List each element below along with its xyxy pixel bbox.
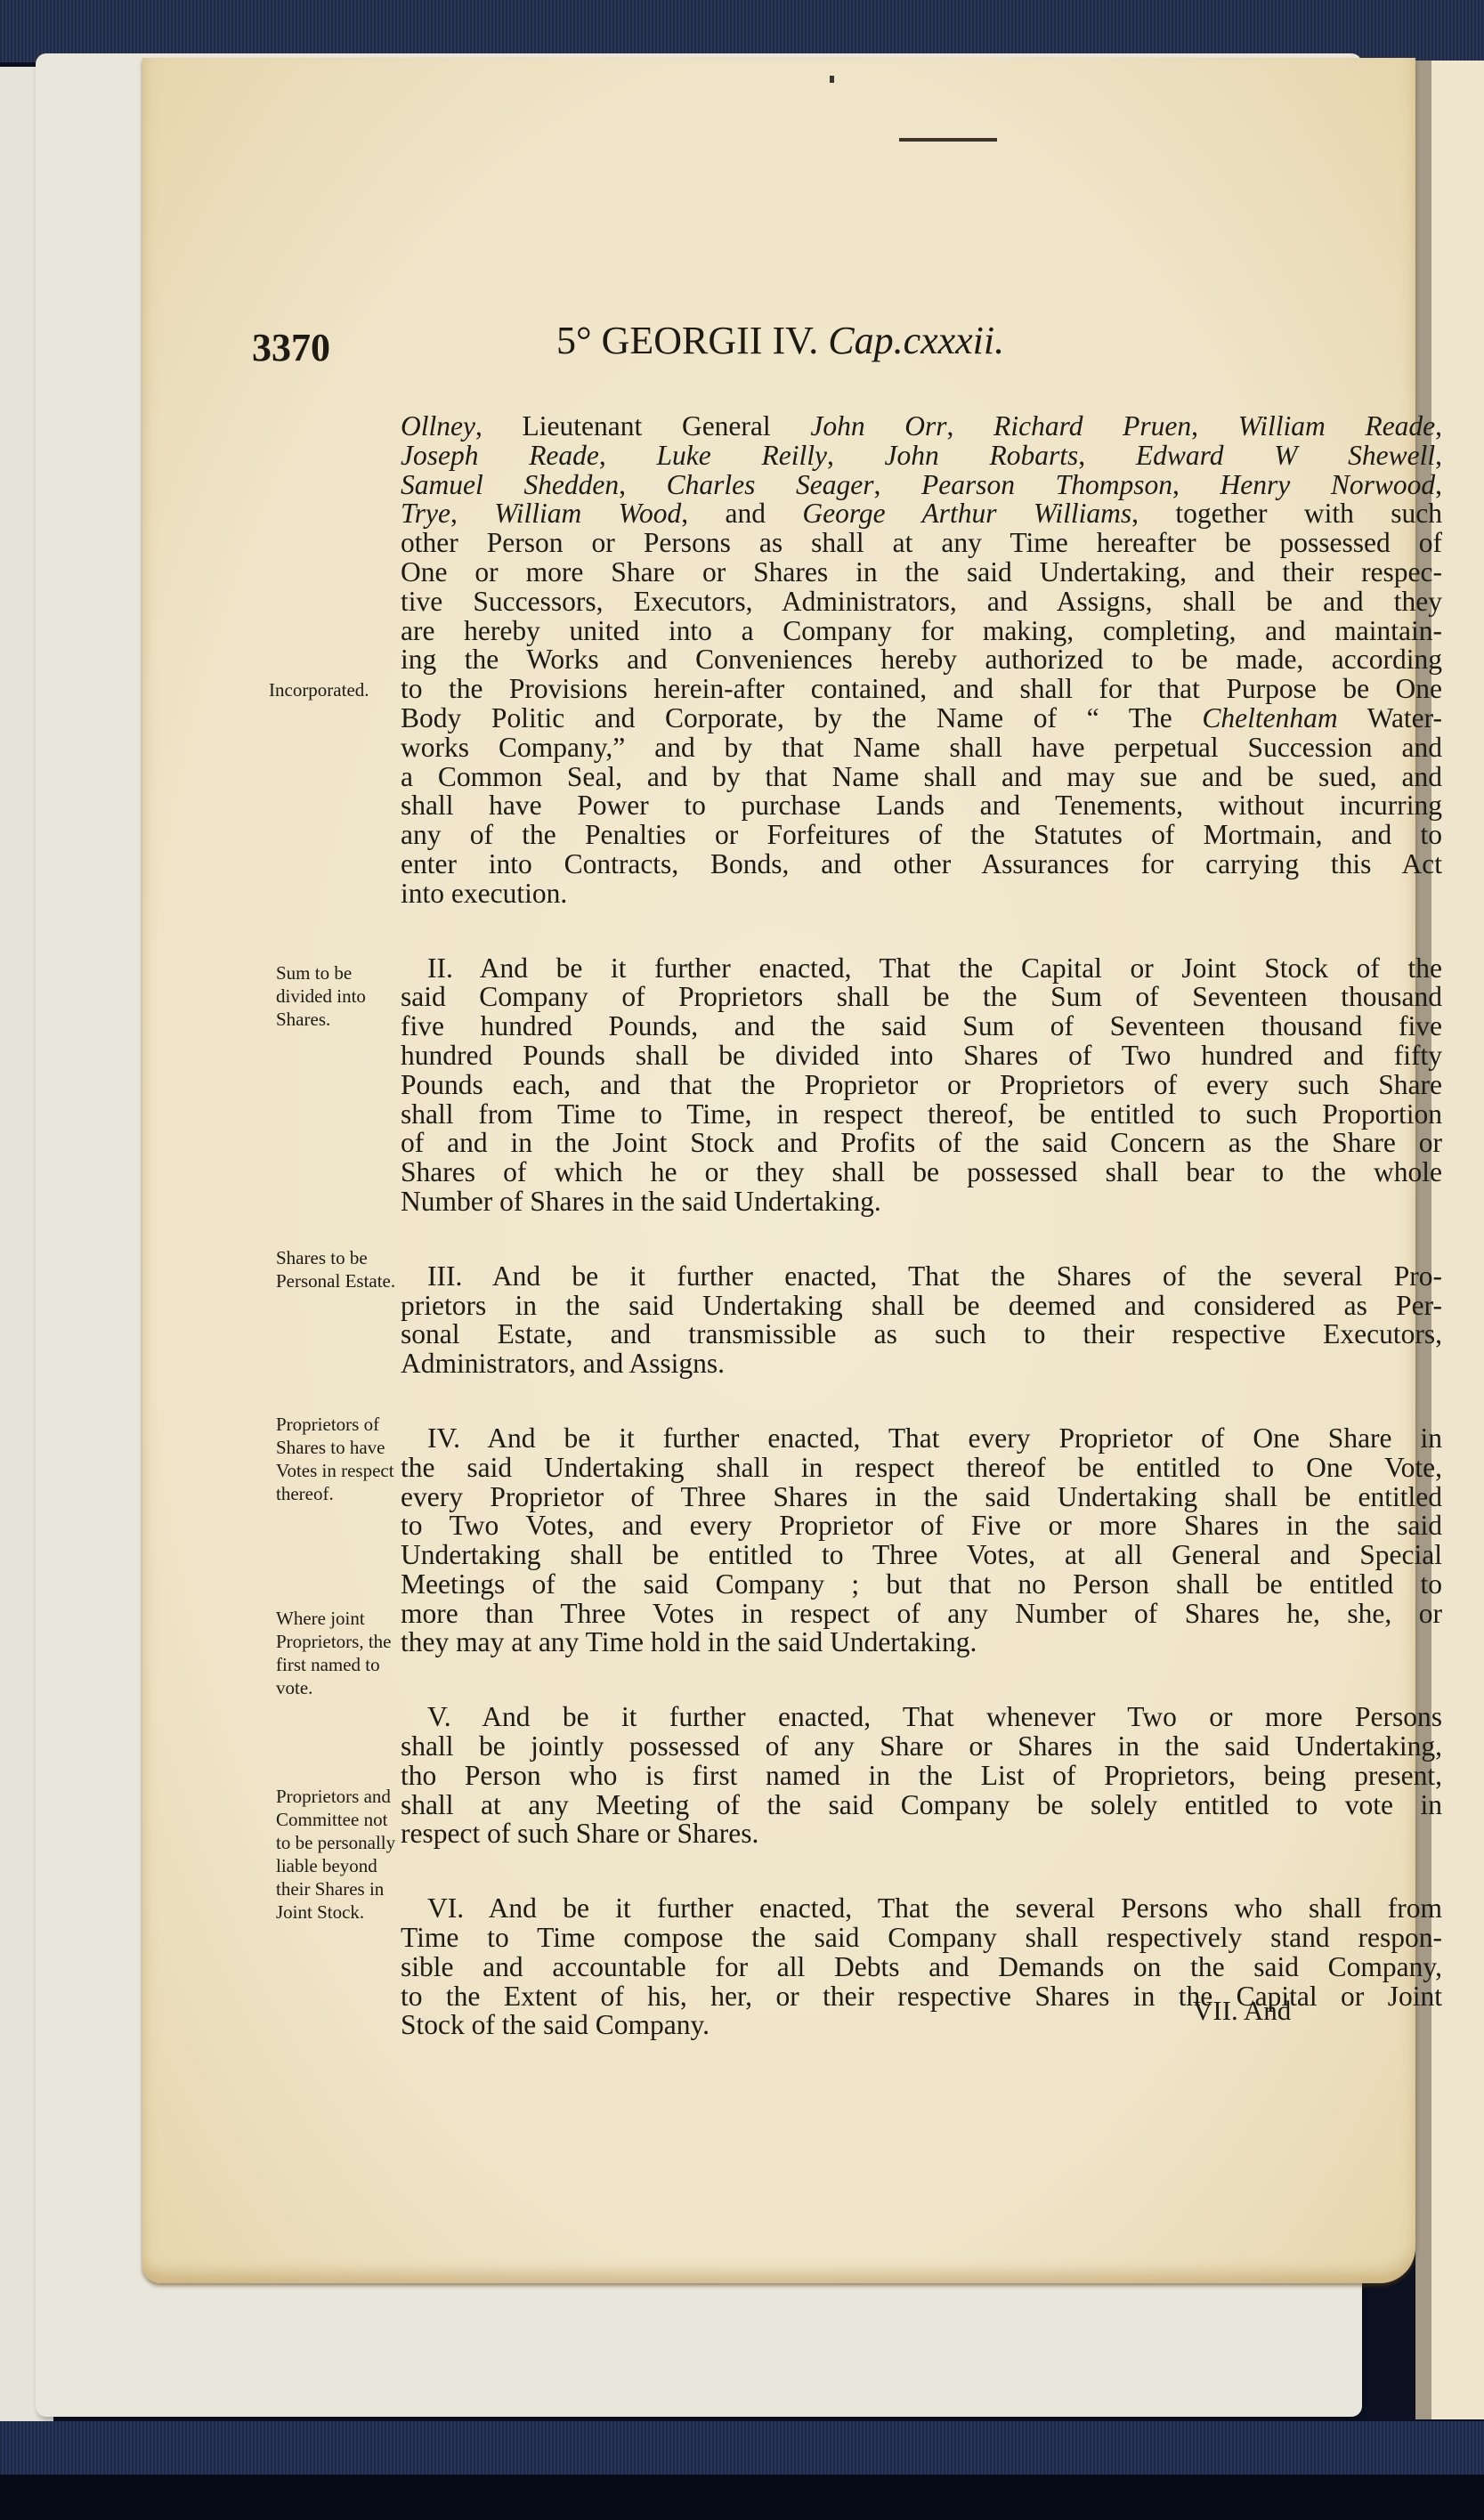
document-page: 3370 5° GEORGII IV. Cap.cxxxii. Incorpor… <box>142 58 1415 2283</box>
text-line: enter into Contracts, Bonds, and other A… <box>401 850 1442 879</box>
text-line: IV. And be it further enacted, That ever… <box>401 1424 1442 1454</box>
text-line: are hereby united into a Company for mak… <box>401 617 1442 646</box>
text-line: of and in the Joint Stock and Profits of… <box>401 1129 1442 1158</box>
margin-note-incorporated: Incorporated. <box>269 678 402 701</box>
text-line: One or more Share or Shares in the said … <box>401 558 1442 587</box>
text-line: VI. And be it further enacted, That the … <box>401 1894 1442 1924</box>
margin-note-section-iv: Proprietors of Shares to have Votes in r… <box>276 1413 401 1505</box>
text-line: any of the Penalties or Forfeitures of t… <box>401 821 1442 850</box>
chapter-number: Cap.cxxxii. <box>828 319 1004 362</box>
page-number: 3370 <box>252 325 330 370</box>
text-line: tive Successors, Executors, Administrato… <box>401 587 1442 617</box>
text-line: Samuel Shedden, Charles Seager, Pearson … <box>401 471 1442 500</box>
text-line: shall have Power to purchase Lands and T… <box>401 791 1442 821</box>
text-line: to Two Votes, and every Proprietor of Fi… <box>401 1511 1442 1541</box>
text-line: the said Undertaking shall in respect th… <box>401 1454 1442 1483</box>
body-text: Ollney, Lieutenant General John Orr, Ric… <box>401 412 1442 2040</box>
text-line: said Company of Proprietors shall be the… <box>401 983 1442 1012</box>
opening-paragraph: Ollney, Lieutenant General John Orr, Ric… <box>401 412 1442 909</box>
text-line: tho Person who is first named in the Lis… <box>401 1762 1442 1791</box>
margin-note-section-v: Where joint Proprietors, the first named… <box>276 1607 401 1699</box>
regnal-year: 5° GEORGII IV. <box>556 319 818 362</box>
text-line: Meetings of the said Company ; but that … <box>401 1570 1442 1600</box>
catchword: VII. And <box>1193 1995 1291 2027</box>
text-line: Body Politic and Corporate, by the Name … <box>401 704 1442 733</box>
margin-note-section-vi: Proprietors and Committee not to be pers… <box>276 1785 401 1924</box>
margin-note-section-ii: Sum to be divided into Shares. <box>276 961 401 1031</box>
text-line: V. And be it further enacted, That whene… <box>401 1703 1442 1732</box>
text-line: every Proprietor of Three Shares in the … <box>401 1483 1442 1512</box>
text-line: sonal Estate, and transmissible as such … <box>401 1320 1442 1349</box>
section-v: V. And be it further enacted, That whene… <box>401 1703 1442 1849</box>
text-line: to the Provisions herein-after contained… <box>401 675 1442 704</box>
text-line: more than Three Votes in respect of any … <box>401 1600 1442 1629</box>
text-line: Pounds each, and that the Proprietor or … <box>401 1071 1442 1100</box>
section-iv: IV. And be it further enacted, That ever… <box>401 1424 1442 1657</box>
text-line: works Company,” and by that Name shall h… <box>401 733 1442 763</box>
text-line: other Person or Persons as shall at any … <box>401 529 1442 558</box>
text-line: Trye, William Wood, and George Arthur Wi… <box>401 499 1442 529</box>
text-line: Time to Time compose the said Company sh… <box>401 1924 1442 1953</box>
text-line: hundred Pounds shall be divided into Sha… <box>401 1041 1442 1071</box>
text-line: into execution. <box>401 879 1442 909</box>
ink-dot-mark <box>830 76 834 83</box>
text-line: shall from Time to Time, in respect ther… <box>401 1100 1442 1130</box>
text-line: II. And be it further enacted, That the … <box>401 954 1442 984</box>
text-line: respect of such Share or Shares. <box>401 1819 1442 1849</box>
text-line: they may at any Time hold in the said Un… <box>401 1628 1442 1657</box>
text-line: Joseph Reade, Luke Reilly, John Robarts,… <box>401 442 1442 471</box>
text-line: shall be jointly possessed of any Share … <box>401 1732 1442 1762</box>
text-line: five hundred Pounds, and the said Sum of… <box>401 1012 1442 1041</box>
text-line: III. And be it further enacted, That the… <box>401 1262 1442 1292</box>
section-iii: III. And be it further enacted, That the… <box>401 1262 1442 1379</box>
text-line: Shares of which he or they shall be poss… <box>401 1158 1442 1187</box>
margin-note-section-iii: Shares to be Personal Estate. <box>276 1246 401 1292</box>
running-title: 5° GEORGII IV. Cap.cxxxii. <box>556 318 1004 363</box>
text-line: Ollney, Lieutenant General John Orr, Ric… <box>401 412 1442 442</box>
text-line: Administrators, and Assigns. <box>401 1349 1442 1379</box>
text-line: sible and accountable for all Debts and … <box>401 1953 1442 1982</box>
text-line: shall at any Meeting of the said Company… <box>401 1791 1442 1820</box>
ink-dash-mark <box>899 138 997 142</box>
text-line: prietors in the said Undertaking shall b… <box>401 1292 1442 1321</box>
text-line: ing the Works and Conveniences hereby au… <box>401 645 1442 675</box>
text-line: Undertaking shall be entitled to Three V… <box>401 1541 1442 1570</box>
book-shadow <box>0 2475 1484 2520</box>
text-line: a Common Seal, and by that Name shall an… <box>401 763 1442 792</box>
text-line: Number of Shares in the said Undertaking… <box>401 1187 1442 1217</box>
section-ii: II. And be it further enacted, That the … <box>401 954 1442 1217</box>
